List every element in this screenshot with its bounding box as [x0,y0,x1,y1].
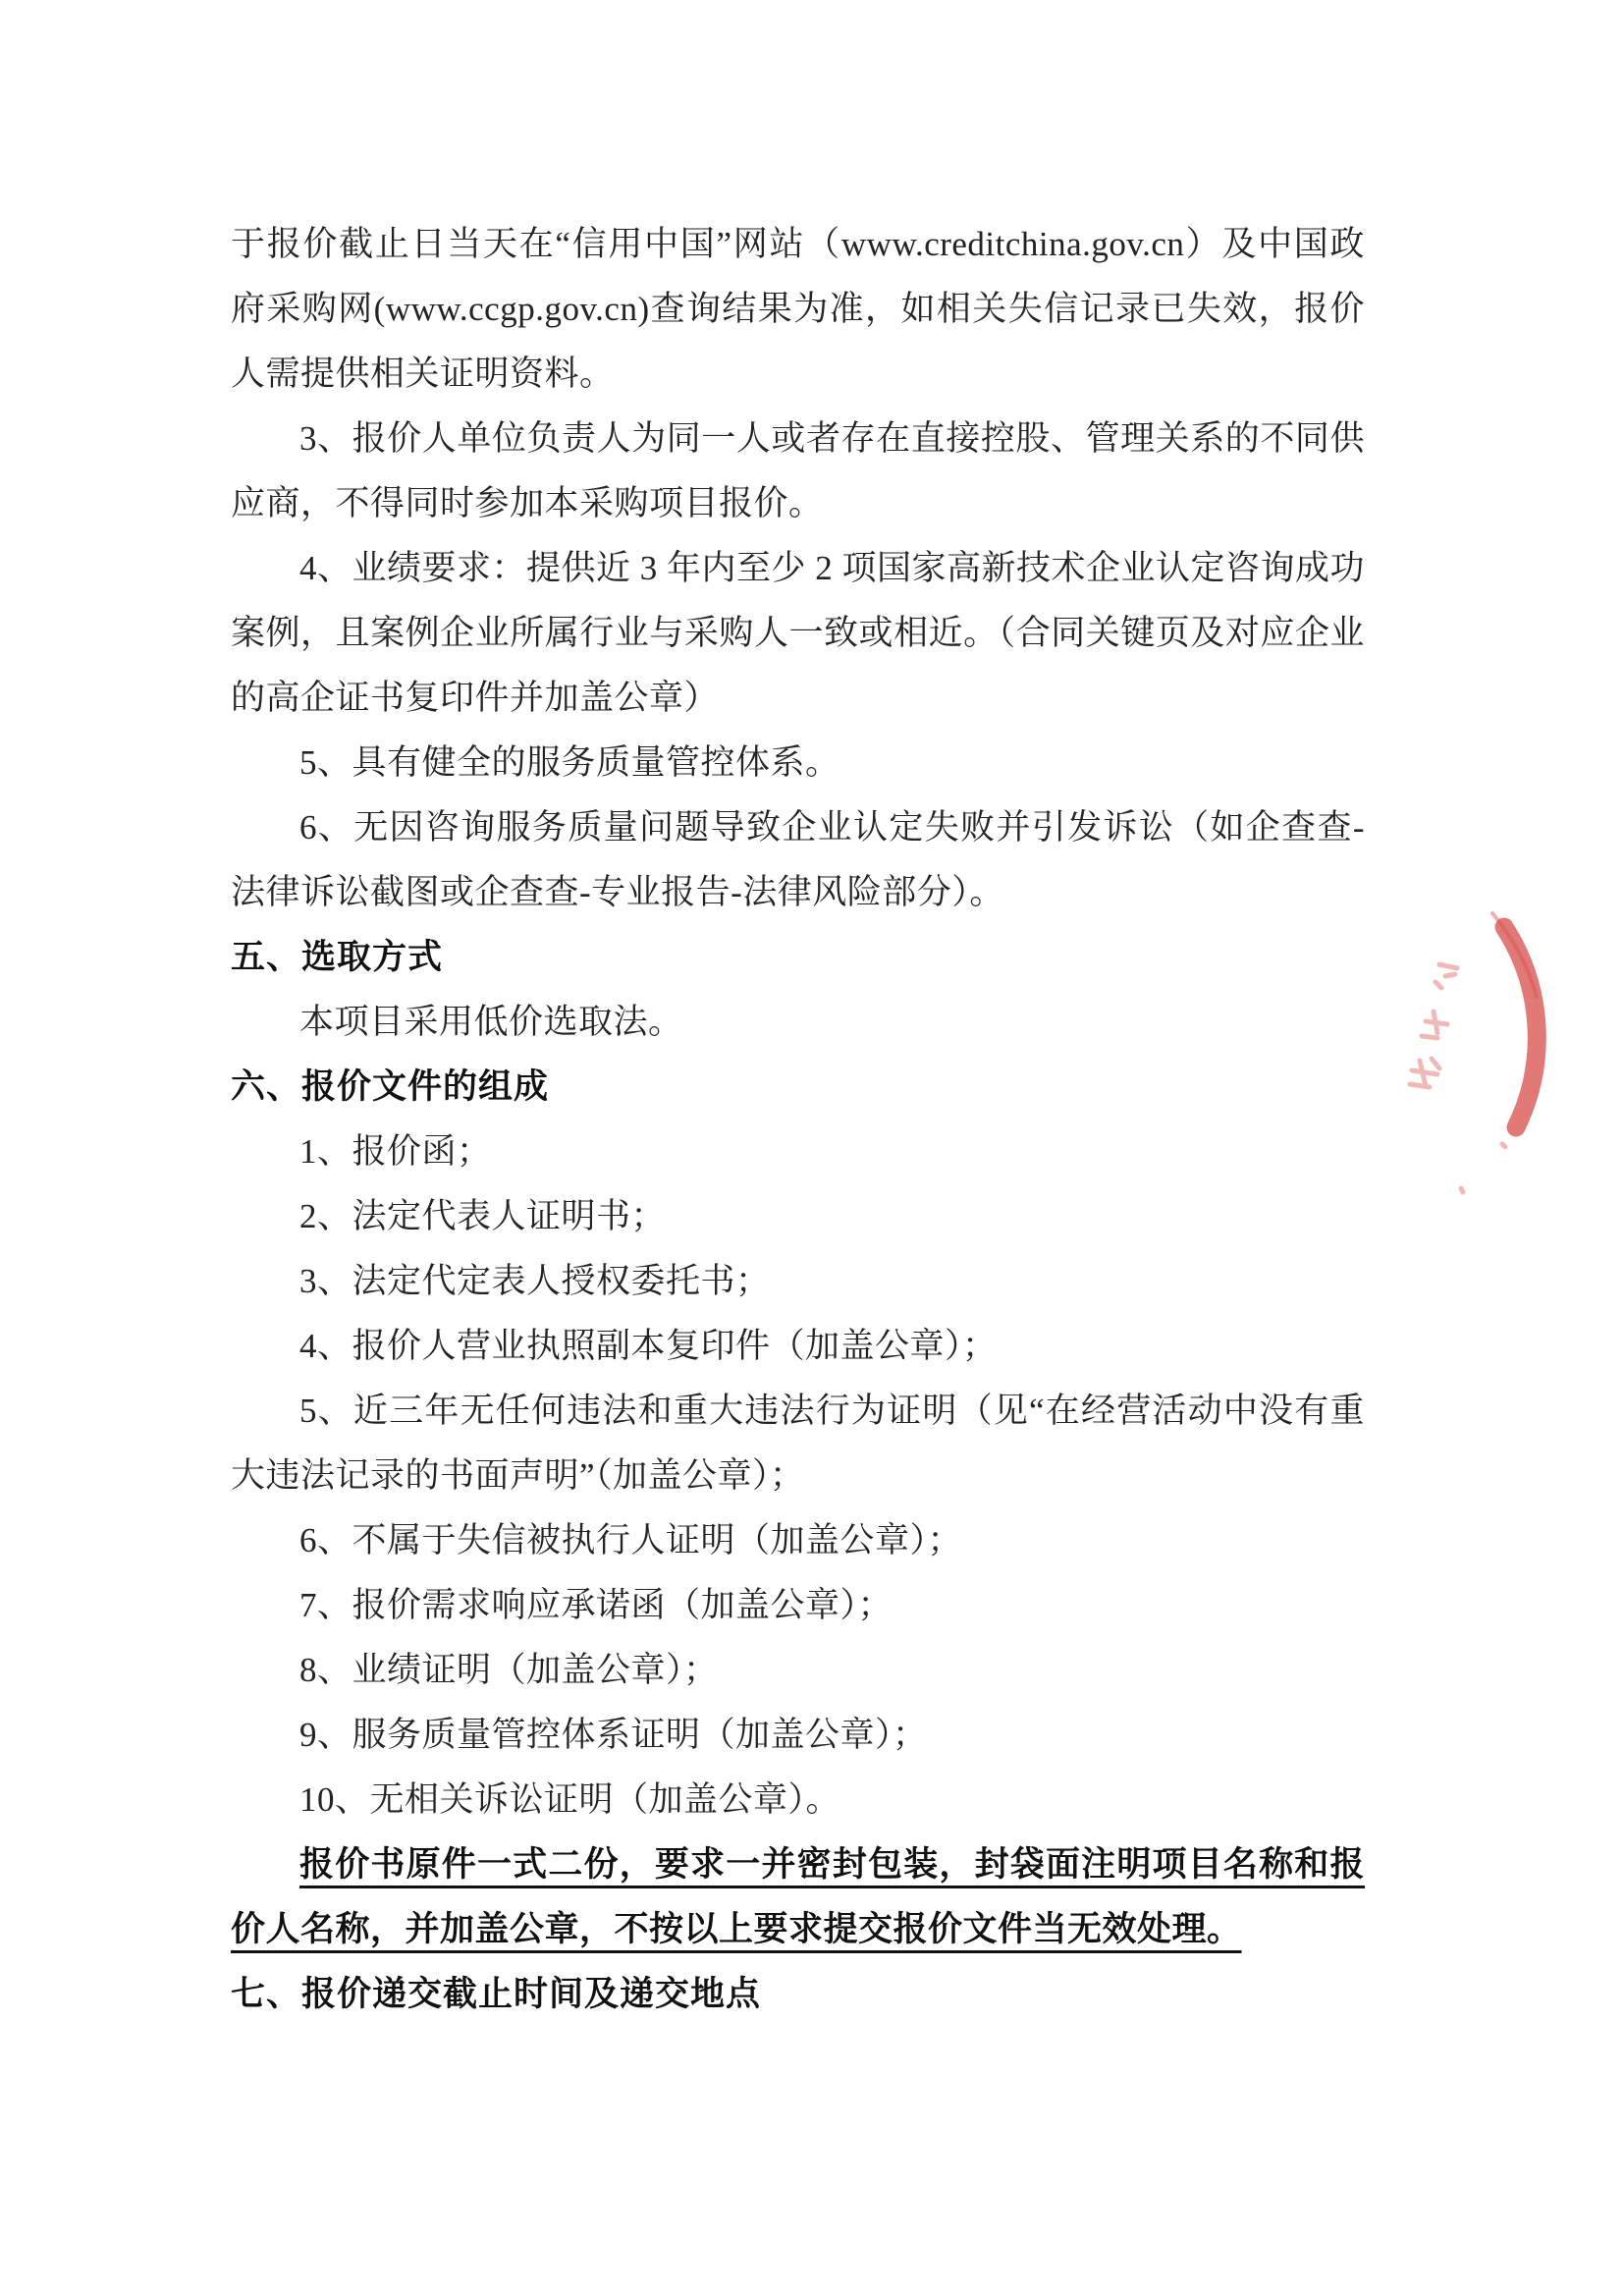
paragraph-item-5-quality-system: 5、具有健全的服务质量管控体系。 [231,731,1365,795]
heading-section-7-submission-deadline: 七、报价递交截止时间及递交地点 [231,1962,1365,2027]
list-item-3-power-of-attorney: 3、法定代定表人授权委托书； [231,1249,1365,1314]
list-item-4-business-license-copy: 4、报价人营业执照副本复印件（加盖公章）； [231,1314,1365,1379]
paragraph-credit-check-continuation: 于报价截止日当天在“信用中国”网站（www.creditchina.gov.cn… [231,212,1365,407]
paragraph-item-4-performance-requirement: 4、业绩要求：提供近 3 年内至少 2 项国家高新技术企业认定咨询成功案例，且案… [231,536,1365,731]
heading-section-5-selection-method: 五、选取方式 [231,925,1365,990]
heading-section-6-quotation-documents: 六、报价文件的组成 [231,1055,1365,1120]
list-item-2-legal-rep-certificate: 2、法定代表人证明书； [231,1184,1365,1249]
list-item-5-no-violation-certificate: 5、近三年无任何违法和重大违法行为证明（见“在经营活动中没有重大违法记录的书面声… [231,1379,1365,1508]
document-page: 于报价截止日当天在“信用中国”网站（www.creditchina.gov.cn… [0,0,1624,2296]
list-item-1-quotation-letter: 1、报价函； [231,1120,1365,1184]
list-item-10-no-lawsuit-certificate: 10、无相关诉讼证明（加盖公章）。 [231,1768,1365,1832]
list-item-9-quality-control-certificate: 9、服务质量管控体系证明（加盖公章）； [231,1703,1365,1768]
list-item-6-not-dishonest-executee: 6、不属于失信被执行人证明（加盖公章）； [231,1508,1365,1573]
list-item-8-performance-certificate: 8、业绩证明（加盖公章）； [231,1638,1365,1703]
paragraph-item-6-no-litigation: 6、无因咨询服务质量问题导致企业认定失败并引发诉讼（如企查查-法律诉讼截图或企查… [231,795,1365,925]
document-body: 于报价截止日当天在“信用中国”网站（www.creditchina.gov.cn… [231,212,1365,2027]
paragraph-sealing-requirement: 报价书原件一式二份，要求一并密封包装，封袋面注明项目名称和报价人名称，并加盖公章… [231,1832,1365,1962]
paragraph-selection-method: 本项目采用低价选取法。 [231,990,1365,1055]
list-item-7-response-commitment-letter: 7、报价需求响应承诺函（加盖公章）； [231,1573,1365,1638]
paragraph-item-3-same-person: 3、报价人单位负责人为同一人或者存在直接控股、管理关系的不同供应商，不得同时参加… [231,407,1365,536]
